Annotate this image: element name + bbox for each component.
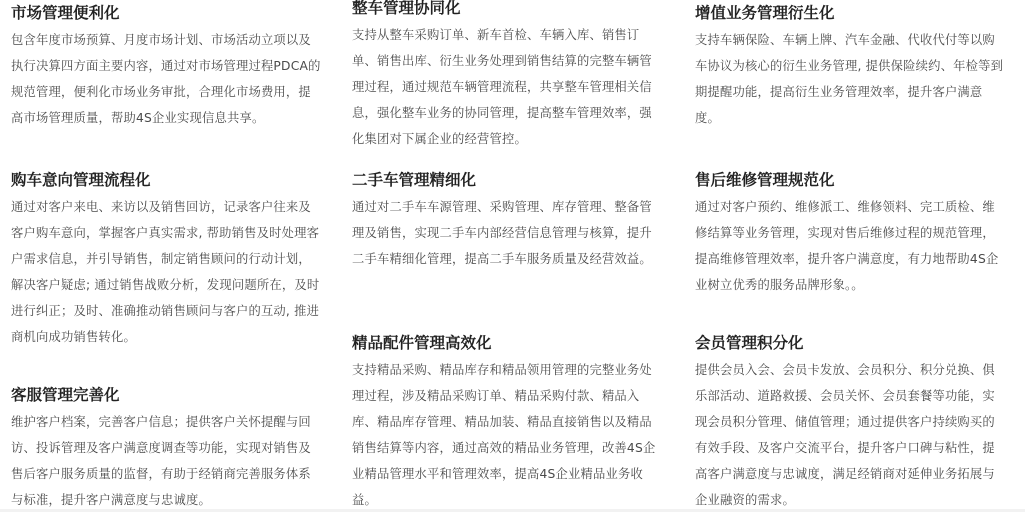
feature-description: 支持从整车采购订单、新车首检、车辆入库、销售订单、销售出库、衍生业务处理到销售结… bbox=[352, 22, 662, 152]
feature-description: 提供会员入会、会员卡发放、会员积分、积分兑换、俱乐部活动、道路救援、会员关怀、会… bbox=[695, 357, 1007, 512]
feature-accessories-management: 精品配件管理高效化 支持精品采购、精品库存和精品领用管理的完整业务处理过程，涉及… bbox=[352, 333, 662, 512]
feature-title: 市场管理便利化 bbox=[11, 3, 321, 23]
feature-value-added-services-management: 增值业务管理衍生化 支持车辆保险、车辆上牌、汽车金融、代收代付等以购车协议为核心… bbox=[695, 3, 1007, 131]
feature-membership-points-management: 会员管理积分化 提供会员入会、会员卡发放、会员积分、积分兑换、俱乐部活动、道路救… bbox=[695, 333, 1007, 512]
feature-title: 购车意向管理流程化 bbox=[11, 170, 321, 190]
feature-description: 支持精品采购、精品库存和精品领用管理的完整业务处理过程，涉及精品采购订单、精品采… bbox=[352, 357, 662, 512]
feature-customer-service-management: 客服管理完善化 维护客户档案，完善客户信息；提供客户关怀提醒与回访、投诉管理及客… bbox=[11, 385, 321, 512]
feature-description: 包含年度市场预算、月度市场计划、市场活动立项以及执行决算四方面主要内容，通过对市… bbox=[11, 27, 321, 131]
feature-market-management: 市场管理便利化 包含年度市场预算、月度市场计划、市场活动立项以及执行决算四方面主… bbox=[11, 3, 321, 131]
feature-title: 整车管理协同化 bbox=[352, 0, 662, 18]
feature-title: 客服管理完善化 bbox=[11, 385, 321, 405]
feature-title: 售后维修管理规范化 bbox=[695, 170, 1007, 190]
feature-vehicle-management: 整车管理协同化 支持从整车采购订单、新车首检、车辆入库、销售订单、销售出库、衍生… bbox=[352, 0, 662, 152]
feature-description: 通过对客户来电、来访以及销售回访，记录客户往来及客户购车意向，掌握客户真实需求,… bbox=[11, 194, 321, 350]
feature-purchase-intent-management: 购车意向管理流程化 通过对客户来电、来访以及销售回访，记录客户往来及客户购车意向… bbox=[11, 170, 321, 350]
feature-used-car-management: 二手车管理精细化 通过对二手车车源管理、采购管理、库存管理、整备管理及销售，实现… bbox=[352, 170, 662, 272]
feature-description: 支持车辆保险、车辆上牌、汽车金融、代收代付等以购车协议为核心的衍生业务管理, 提… bbox=[695, 27, 1007, 131]
feature-description: 通过对客户预约、维修派工、维修领料、完工质检、维修结算等业务管理，实现对售后维修… bbox=[695, 194, 1007, 298]
feature-title: 二手车管理精细化 bbox=[352, 170, 662, 190]
feature-description: 维护客户档案，完善客户信息；提供客户关怀提醒与回访、投诉管理及客户满意度调查等功… bbox=[11, 409, 321, 512]
feature-description: 通过对二手车车源管理、采购管理、库存管理、整备管理及销售，实现二手车内部经营信息… bbox=[352, 194, 662, 272]
feature-after-sales-repair-management: 售后维修管理规范化 通过对客户预约、维修派工、维修领料、完工质检、维修结算等业务… bbox=[695, 170, 1007, 298]
feature-title: 精品配件管理高效化 bbox=[352, 333, 662, 353]
feature-title: 增值业务管理衍生化 bbox=[695, 3, 1007, 23]
feature-title: 会员管理积分化 bbox=[695, 333, 1007, 353]
